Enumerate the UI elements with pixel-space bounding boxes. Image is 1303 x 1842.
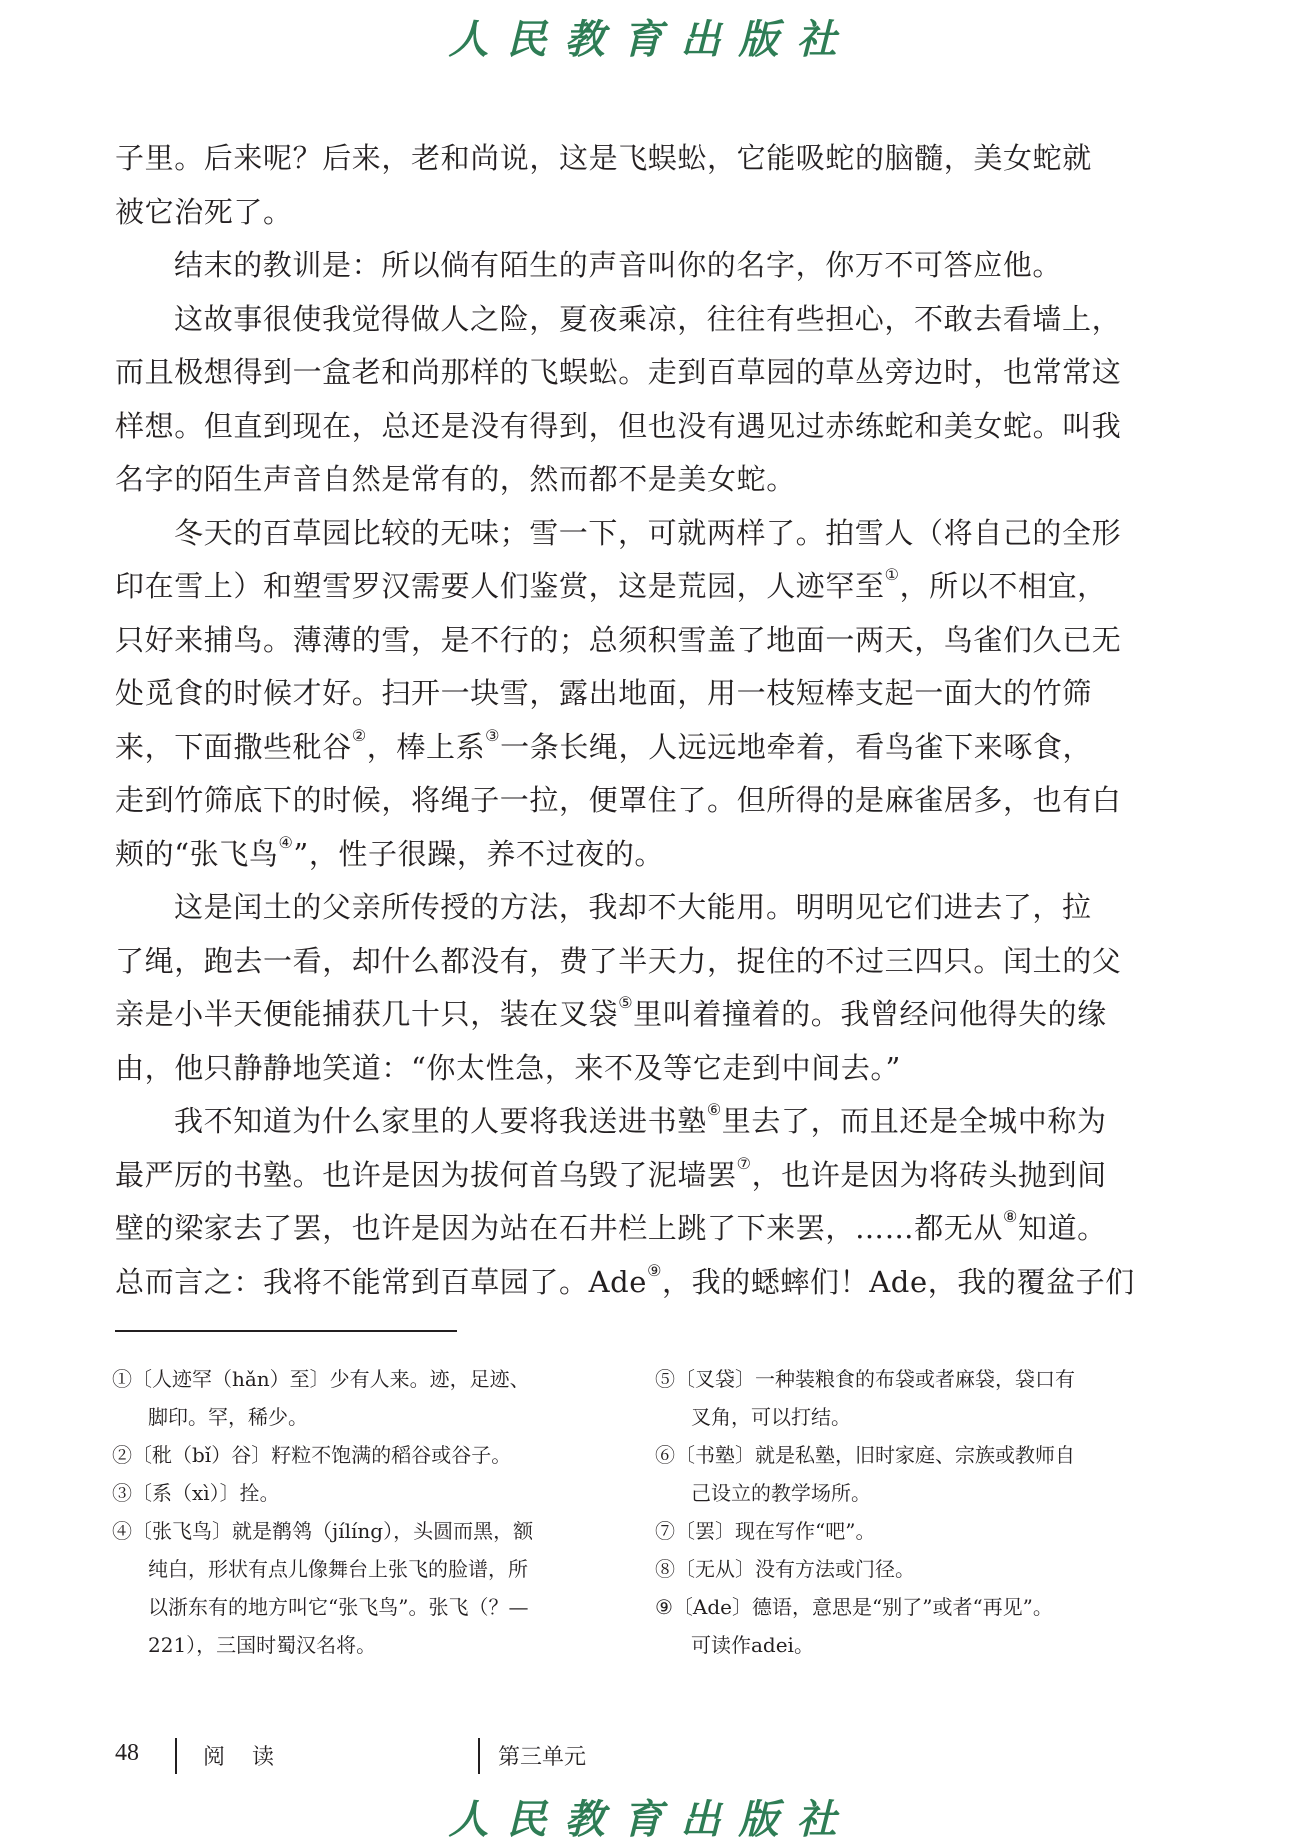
text-line: 总而言之：我将不能常到百草园了。Ade⑨，我的蟋蟀们！Ade，我的覆盆子们: [115, 1256, 1175, 1310]
text-line: 来，下面撒些秕谷②，棒上系③一条长绳，人远远地牵着，看鸟雀下来啄食，: [115, 721, 1175, 775]
text-line: 这故事很使我觉得做人之险，夏夜乘凉，往往有些担心，不敢去看墙上，: [115, 293, 1175, 347]
text-line: 这是闰土的父亲所传授的方法，我却不大能用。明明见它们进去了，拉: [115, 881, 1175, 935]
text-line: 处觅食的时候才好。扫开一块雪，露出地面，用一枝短棒支起一面大的竹筛: [115, 667, 1175, 721]
text-line: 我不知道为什么家里的人要将我送进书塾⑥里去了，而且还是全城中称为: [115, 1095, 1175, 1149]
footnote-item: ③〔系（xì）〕拴。: [112, 1474, 612, 1512]
footer-divider: [175, 1738, 177, 1774]
footnote-item: ⑥〔书塾〕就是私塾，旧时家庭、宗族或教师自己设立的教学场所。: [655, 1436, 1175, 1512]
footnote-ref[interactable]: ⑨: [647, 1261, 662, 1280]
footnotes-left: ①〔人迹罕（hǎn）至〕少有人来。迹，足迹、脚印。罕，稀少。②〔秕（bǐ）谷〕籽…: [112, 1360, 612, 1664]
text-line: 亲是小半天便能捕获几十只，装在叉袋⑤里叫着撞着的。我曾经问他得失的缘: [115, 988, 1175, 1042]
text-line: 颊的“张飞鸟④”，性子很躁，养不过夜的。: [115, 828, 1175, 882]
page-number: 48: [115, 1740, 139, 1767]
footnote-item: ⑦〔罢〕现在写作“吧”。: [655, 1512, 1175, 1550]
text-line: 冬天的百草园比较的无味；雪一下，可就两样了。拍雪人（将自己的全形: [115, 507, 1175, 561]
text-line: 而且极想得到一盒老和尚那样的飞蜈蚣。走到百草园的草丛旁边时，也常常这: [115, 346, 1175, 400]
footnote-ref[interactable]: ④: [278, 833, 293, 852]
footnote-item: ②〔秕（bǐ）谷〕籽粒不饱满的稻谷或谷子。: [112, 1436, 612, 1474]
footnote-ref[interactable]: ③: [485, 726, 500, 745]
text-line: 被它治死了。: [115, 186, 1175, 240]
footer-section: 阅 读: [203, 1740, 284, 1771]
footnote-ref[interactable]: ⑦: [737, 1154, 752, 1173]
footnote-ref[interactable]: ⑧: [1003, 1207, 1018, 1226]
footnote-ref[interactable]: ⑤: [618, 993, 633, 1012]
text-line: 壁的梁家去了罢，也许是因为站在石井栏上跳了下来罢，……都无从⑧知道。: [115, 1202, 1175, 1256]
text-line: 最严厉的书塾。也许是因为拔何首乌毁了泥墙罢⑦，也许是因为将砖头抛到间: [115, 1149, 1175, 1203]
text-line: 只好来捕鸟。薄薄的雪，是不行的；总须积雪盖了地面一两天，鸟雀们久已无: [115, 614, 1175, 668]
text-line: 了绳，跑去一看，却什么都没有，费了半天力，捉住的不过三四只。闰土的父: [115, 935, 1175, 989]
text-line: 由，他只静静地笑道：“你太性急，来不及等它走到中间去。”: [115, 1042, 1175, 1096]
text-line: 走到竹筛底下的时候，将绳子一拉，便罩住了。但所得的是麻雀居多，也有白: [115, 774, 1175, 828]
footer-divider: [478, 1738, 480, 1774]
footer-unit: 第三单元: [498, 1740, 586, 1771]
publisher-logo-top: 人民教育出版社: [0, 8, 1303, 65]
footnote-divider: [115, 1330, 457, 1332]
footnote-item: ⑨〔Ade〕德语，意思是“别了”或者“再见”。可读作adei。: [655, 1588, 1175, 1664]
footnote-ref[interactable]: ⑥: [707, 1100, 722, 1119]
text-line: 结末的教训是：所以倘有陌生的声音叫你的名字，你万不可答应他。: [115, 239, 1175, 293]
footnote-ref[interactable]: ①: [885, 565, 900, 584]
publisher-logo-bottom: 人民教育出版社: [0, 1788, 1303, 1842]
text-line: 印在雪上）和塑雪罗汉需要人们鉴赏，这是荒园，人迹罕至①，所以不相宜，: [115, 560, 1175, 614]
footnote-item: ①〔人迹罕（hǎn）至〕少有人来。迹，足迹、脚印。罕，稀少。: [112, 1360, 612, 1436]
footnote-item: ⑤〔叉袋〕一种装粮食的布袋或者麻袋，袋口有叉角，可以打结。: [655, 1360, 1175, 1436]
text-line: 子里。后来呢？后来，老和尚说，这是飞蜈蚣，它能吸蛇的脑髓，美女蛇就: [115, 132, 1175, 186]
footnote-item: ④〔张飞鸟〕就是鹡鸰（jílíng），头圆而黑，额纯白，形状有点儿像舞台上张飞的…: [112, 1512, 612, 1664]
footnotes-right: ⑤〔叉袋〕一种装粮食的布袋或者麻袋，袋口有叉角，可以打结。⑥〔书塾〕就是私塾，旧…: [655, 1360, 1175, 1664]
text-line: 样想。但直到现在，总还是没有得到，但也没有遇见过赤练蛇和美女蛇。叫我: [115, 400, 1175, 454]
footnote-item: ⑧〔无从〕没有方法或门径。: [655, 1550, 1175, 1588]
text-line: 名字的陌生声音自然是常有的，然而都不是美女蛇。: [115, 453, 1175, 507]
footnote-ref[interactable]: ②: [352, 726, 367, 745]
body-text: 子里。后来呢？后来，老和尚说，这是飞蜈蚣，它能吸蛇的脑髓，美女蛇就被它治死了。结…: [115, 132, 1175, 1309]
